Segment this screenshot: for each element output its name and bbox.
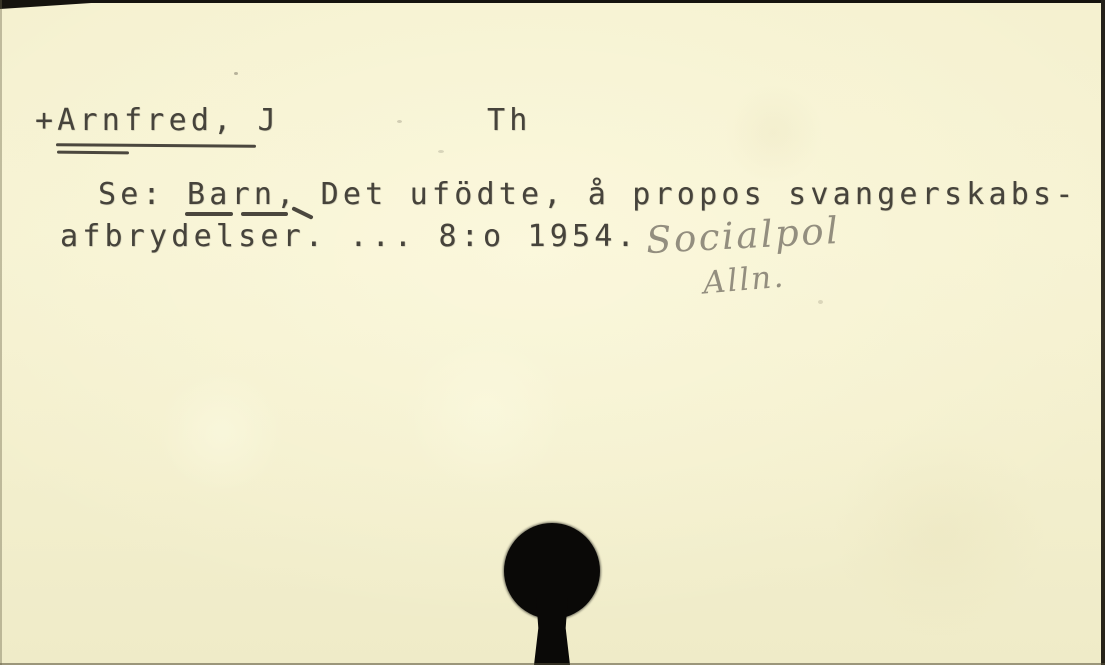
see-prefix: Se: <box>98 177 187 212</box>
scan-edge-left <box>0 0 2 665</box>
reference-line-1-rest: Det ufödte, å propos svangerskabs- <box>298 177 1077 212</box>
ink-speck <box>234 72 238 75</box>
author-heading-line: +Arnfred, J <box>35 106 280 136</box>
ink-speck <box>438 150 444 153</box>
catalog-card: +Arnfred, J Th Se: Barn, Det ufödte, å p… <box>0 0 1105 665</box>
underline-mark-title-2 <box>241 212 288 216</box>
underline-mark-author-secondary <box>57 151 129 154</box>
reference-line-1: Se: Barn, Det ufödte, å propos svangersk… <box>98 180 1078 210</box>
scan-edge-top-left <box>0 0 95 9</box>
handwritten-note-socialpol: Socialpol <box>645 209 841 262</box>
scan-edge-right <box>1101 0 1105 665</box>
ink-speck <box>818 300 823 304</box>
author-surname: Arnfred <box>57 103 213 138</box>
author-initials-right: Th <box>487 106 532 136</box>
ink-speck <box>397 120 402 123</box>
scan-edge-top <box>0 0 1105 3</box>
handwritten-note-alln: Alln. <box>702 258 787 301</box>
see-title: Barn, <box>187 177 298 212</box>
reference-line-2: afbrydelser. ... 8:o 1954. <box>60 222 639 252</box>
author-given-initial: , J <box>213 103 280 138</box>
underline-mark-author <box>56 143 256 147</box>
underline-mark-title-1 <box>185 212 233 216</box>
punch-hole-slot <box>534 598 570 665</box>
entry-marker: + <box>35 103 57 138</box>
